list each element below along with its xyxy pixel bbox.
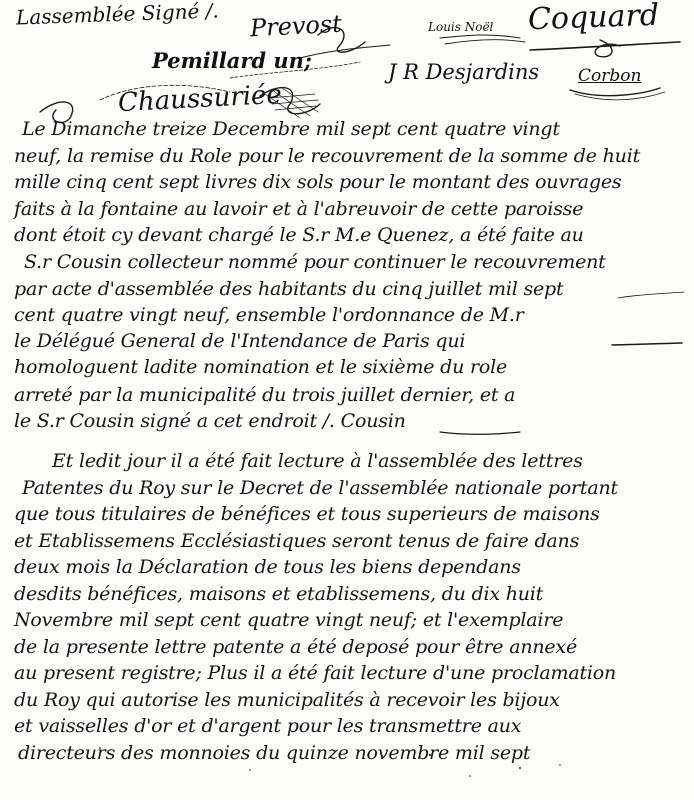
text-line: Novembre mil sept cent quatre vingt neuf… — [14, 609, 684, 631]
signature-assemblee-signe: Lassemblée Signé /. — [16, 0, 220, 30]
text-line: mille cinq cent sept livres dix sols pou… — [14, 171, 684, 193]
text-line: au present registre; Plus il a été fait … — [14, 662, 684, 684]
text-line: par acte d'assemblée des habitants du ci… — [14, 278, 684, 300]
text-line: le S.r Cousin signé a cet endroit /. Cou… — [14, 410, 684, 432]
text-line: dont étoit cy devant chargé le S.r M.e Q… — [14, 224, 684, 246]
text-line: et Etablissemens Ecclésiastiques seront … — [14, 530, 684, 552]
signature-louis-noel: Louis Noël — [428, 20, 493, 34]
signature-corbon: Corbon — [578, 66, 641, 86]
text-line: de la presente lettre patente a été depo… — [14, 636, 684, 658]
text-line: que tous titulaires de bénéfices et tous… — [14, 503, 684, 525]
text-line: et vaisselles d'or et d'argent pour les … — [14, 715, 684, 737]
text-line: S.r Cousin collecteur nommé pour continu… — [24, 251, 684, 273]
text-line: le Délégué General de l'Intendance de Pa… — [14, 330, 684, 352]
text-line: desdits bénéfices, maisons et etablissem… — [14, 583, 684, 605]
text-line: Et ledit jour il a été fait lecture à l'… — [52, 450, 684, 472]
text-line: Patentes du Roy sur le Decret de l'assem… — [22, 477, 684, 499]
signature-prevost: Prevost — [249, 10, 342, 43]
text-line: arreté par la municipalité du trois juil… — [14, 384, 684, 406]
signature-desjardins: J R Desjardins — [388, 60, 539, 84]
text-line: du Roy qui autorise les municipalités à … — [14, 689, 684, 711]
text-line: Le Dimanche treize Decembre mil sept cen… — [22, 118, 684, 140]
text-line: deux mois la Déclaration de tous les bie… — [14, 556, 684, 578]
signature-pemillard: Pemillard un; — [152, 48, 312, 73]
signature-chaussuriee: Chaussuriée — [117, 80, 282, 119]
text-line: neuf, la remise du Role pour le recouvre… — [14, 145, 684, 167]
text-line: directeurs des monnoies du quinze novemb… — [18, 742, 684, 764]
text-line: homologuent ladite nomination et le sixi… — [14, 356, 684, 378]
text-line: cent quatre vingt neuf, ensemble l'ordon… — [14, 304, 684, 326]
text-line: faits à la fontaine au lavoir et à l'abr… — [14, 198, 684, 220]
manuscript-page: Lassemblée Signé /. Prevost Louis Noël C… — [0, 0, 694, 800]
signature-coquard: Coquard — [527, 0, 659, 37]
